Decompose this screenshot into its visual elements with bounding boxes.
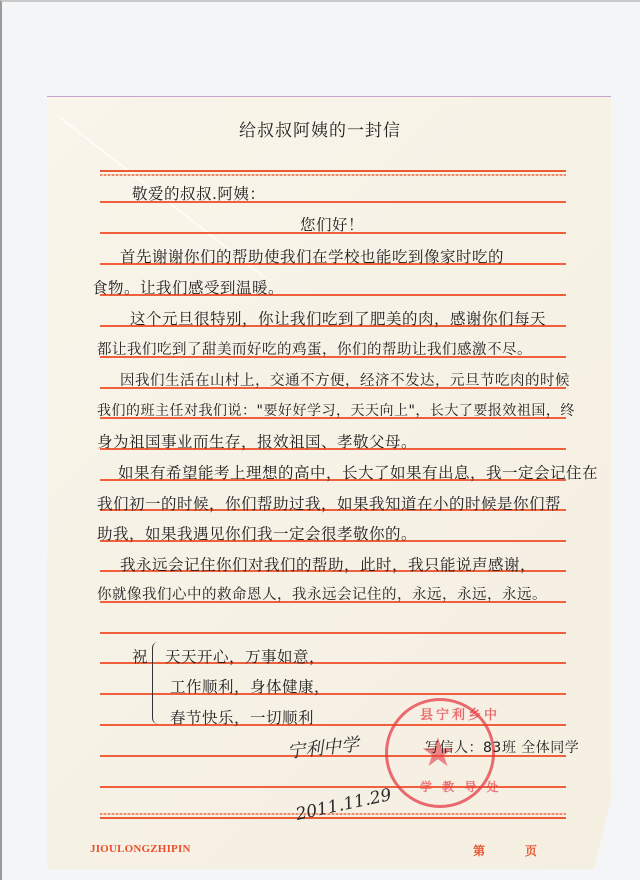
body-line: 身为祖国事业而生存，报效祖国、孝敬父母。: [97, 430, 417, 452]
body-line: 因我们生活在山村上，交通不方便，经济不发达，元旦节吃肉的时候: [120, 369, 570, 390]
writer-line: 写信人：83班 全体同学: [425, 737, 579, 757]
body-line: 如果有希望能考上理想的高中，长大了如果有出息，我一定会记住在: [118, 461, 598, 483]
seal-bottom-text: 学 教 导 处: [420, 778, 502, 795]
body-line: 你就像我们心中的救命恩人，我永远会记住的，永远，永远，永远。: [97, 583, 547, 604]
page-number-prefix: 第: [473, 842, 485, 859]
seal-top-text: 县宁利乡中: [420, 704, 500, 723]
body-line: 我们初一的时候，你们帮助过我，如果我知道在小的时候是你们帮: [97, 492, 561, 514]
salutation: 您们好！: [300, 213, 364, 235]
body-line: 我永远会记住你们对我们的帮助，此时，我只能说声感谢，: [120, 553, 536, 575]
body-line: 首先谢谢你们的帮助使我们在学校也能吃到像家时吃的: [120, 245, 504, 267]
rule-line: [100, 632, 566, 634]
body-line: 助我，如果我遇见你们我一定会很孝敬你的。: [97, 522, 417, 544]
blessing-item: 工作顺利，身体健康，: [170, 675, 330, 697]
blessing-item: 春节快乐，一切顺利: [170, 706, 314, 728]
body-line: 食物。让我们感受到温暖。: [92, 276, 284, 298]
blessing-item: 天天开心，万事如意，: [165, 645, 325, 667]
body-line: 这个元旦很特别，你让我们吃到了肥美的肉，感谢你们每天: [130, 307, 546, 329]
greeting: 敬爱的叔叔.阿姨：: [132, 182, 265, 204]
rule-line-top-wavy: [100, 174, 566, 176]
paper-brand: JIOULONGZHIPIN: [90, 843, 191, 855]
body-line: 我们的班主任对我们说："要好好学习，天天向上"，长大了要报效祖国，终: [97, 400, 575, 420]
letter-title: 给叔叔阿姨的一封信: [0, 116, 640, 141]
brace-bracket: [152, 642, 161, 724]
page-number-suffix: 页: [525, 842, 537, 859]
blessing-label: 祝: [132, 645, 148, 667]
rule-line-top: [100, 170, 566, 172]
body-line: 都让我们吃到了甜美而好吃的鸡蛋，你们的帮助让我们感激不尽。: [97, 338, 532, 359]
